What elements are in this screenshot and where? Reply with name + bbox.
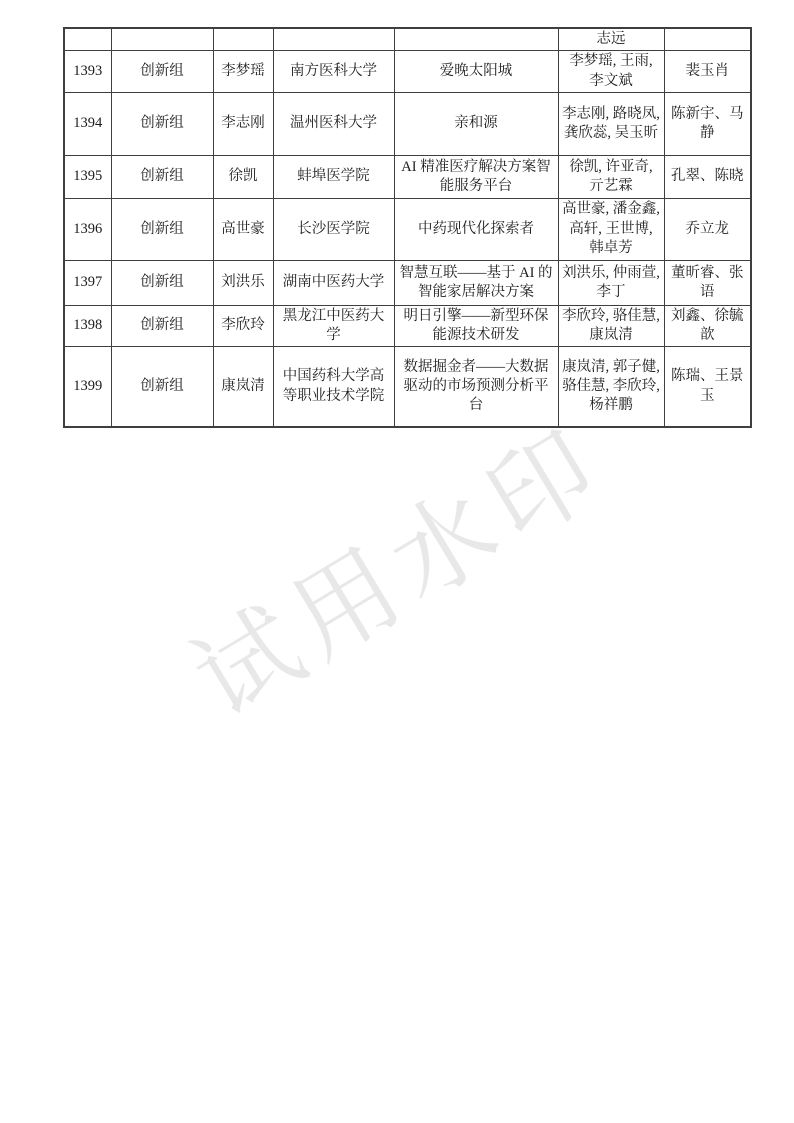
cell-project — [394, 28, 558, 51]
cell-id: 1398 — [64, 305, 111, 347]
cell-group: 创新组 — [111, 347, 213, 427]
cell-school — [273, 28, 394, 51]
cell-members: 李梦瑶, 王雨, 李文斌 — [558, 51, 664, 93]
cell-school: 南方医科大学 — [273, 51, 394, 93]
cell-school: 湖南中医药大学 — [273, 260, 394, 305]
cell-id: 1397 — [64, 260, 111, 305]
cell-project: 明日引擎——新型环保能源技术研发 — [394, 305, 558, 347]
table-row: 1394 创新组 李志刚 温州医科大学 亲和源 李志刚, 路晓凤, 龚欣蕊, 吴… — [64, 92, 751, 155]
table-row: 1398 创新组 李欣玲 黑龙江中医药大学 明日引擎——新型环保能源技术研发 李… — [64, 305, 751, 347]
cell-school: 温州医科大学 — [273, 92, 394, 155]
cell-group: 创新组 — [111, 92, 213, 155]
cell-name: 刘洪乐 — [213, 260, 273, 305]
cell-advisors: 裴玉肖 — [664, 51, 751, 93]
table-row: 1395 创新组 徐凯 蚌埠医学院 AI 精准医疗解决方案智能服务平台 徐凯, … — [64, 155, 751, 198]
cell-members: 徐凯, 许亚奇, 亓艺霖 — [558, 155, 664, 198]
cell-name: 李梦瑶 — [213, 51, 273, 93]
table-row: 1393 创新组 李梦瑶 南方医科大学 爱晚太阳城 李梦瑶, 王雨, 李文斌 裴… — [64, 51, 751, 93]
cell-id: 1399 — [64, 347, 111, 427]
cell-group: 创新组 — [111, 260, 213, 305]
cell-members: 高世豪, 潘金鑫, 高轩, 王世博, 韩卓芳 — [558, 198, 664, 260]
cell-members: 李欣玲, 骆佳慧, 康岚清 — [558, 305, 664, 347]
cell-school: 黑龙江中医药大学 — [273, 305, 394, 347]
table-row: 1399 创新组 康岚清 中国药科大学高等职业技术学院 数据掘金者——大数据驱动… — [64, 347, 751, 427]
cell-advisors — [664, 28, 751, 51]
cell-name: 李志刚 — [213, 92, 273, 155]
cell-advisors: 陈新宇、马静 — [664, 92, 751, 155]
cell-members: 志远 — [558, 28, 664, 51]
cell-advisors: 董昕睿、张语 — [664, 260, 751, 305]
cell-school: 中国药科大学高等职业技术学院 — [273, 347, 394, 427]
cell-group: 创新组 — [111, 198, 213, 260]
table-row-continuation: 志远 — [64, 28, 751, 51]
cell-members: 刘洪乐, 仲雨萱, 李丁 — [558, 260, 664, 305]
cell-group — [111, 28, 213, 51]
cell-name: 李欣玲 — [213, 305, 273, 347]
cell-project: 爱晚太阳城 — [394, 51, 558, 93]
cell-members: 李志刚, 路晓凤, 龚欣蕊, 吴玉昕 — [558, 92, 664, 155]
cell-project: 数据掘金者——大数据驱动的市场预测分析平台 — [394, 347, 558, 427]
cell-group: 创新组 — [111, 305, 213, 347]
cell-project: AI 精准医疗解决方案智能服务平台 — [394, 155, 558, 198]
cell-id: 1396 — [64, 198, 111, 260]
cell-id — [64, 28, 111, 51]
table-row: 1396 创新组 高世豪 长沙医学院 中药现代化探索者 高世豪, 潘金鑫, 高轩… — [64, 198, 751, 260]
table-row: 1397 创新组 刘洪乐 湖南中医药大学 智慧互联——基于 AI 的智能家居解决… — [64, 260, 751, 305]
cell-name — [213, 28, 273, 51]
trial-watermark: 试用水印 — [163, 385, 629, 745]
cell-project: 中药现代化探索者 — [394, 198, 558, 260]
cell-school: 长沙医学院 — [273, 198, 394, 260]
cell-group: 创新组 — [111, 155, 213, 198]
cell-id: 1394 — [64, 92, 111, 155]
cell-advisors: 陈瑞、王景玉 — [664, 347, 751, 427]
cell-id: 1395 — [64, 155, 111, 198]
results-table: 志远 1393 创新组 李梦瑶 南方医科大学 爱晚太阳城 李梦瑶, 王雨, 李文… — [63, 27, 752, 428]
document-page: { "page": { "background_color": "#ffffff… — [0, 0, 794, 1123]
cell-school: 蚌埠医学院 — [273, 155, 394, 198]
cell-advisors: 刘鑫、徐毓歆 — [664, 305, 751, 347]
cell-name: 高世豪 — [213, 198, 273, 260]
cell-advisors: 乔立龙 — [664, 198, 751, 260]
cell-id: 1393 — [64, 51, 111, 93]
cell-advisors: 孔翠、陈晓 — [664, 155, 751, 198]
cell-name: 徐凯 — [213, 155, 273, 198]
cell-members: 康岚清, 郭子健, 骆佳慧, 李欣玲, 杨祥鹏 — [558, 347, 664, 427]
cell-name: 康岚清 — [213, 347, 273, 427]
cell-project: 亲和源 — [394, 92, 558, 155]
cell-group: 创新组 — [111, 51, 213, 93]
cell-project: 智慧互联——基于 AI 的智能家居解决方案 — [394, 260, 558, 305]
